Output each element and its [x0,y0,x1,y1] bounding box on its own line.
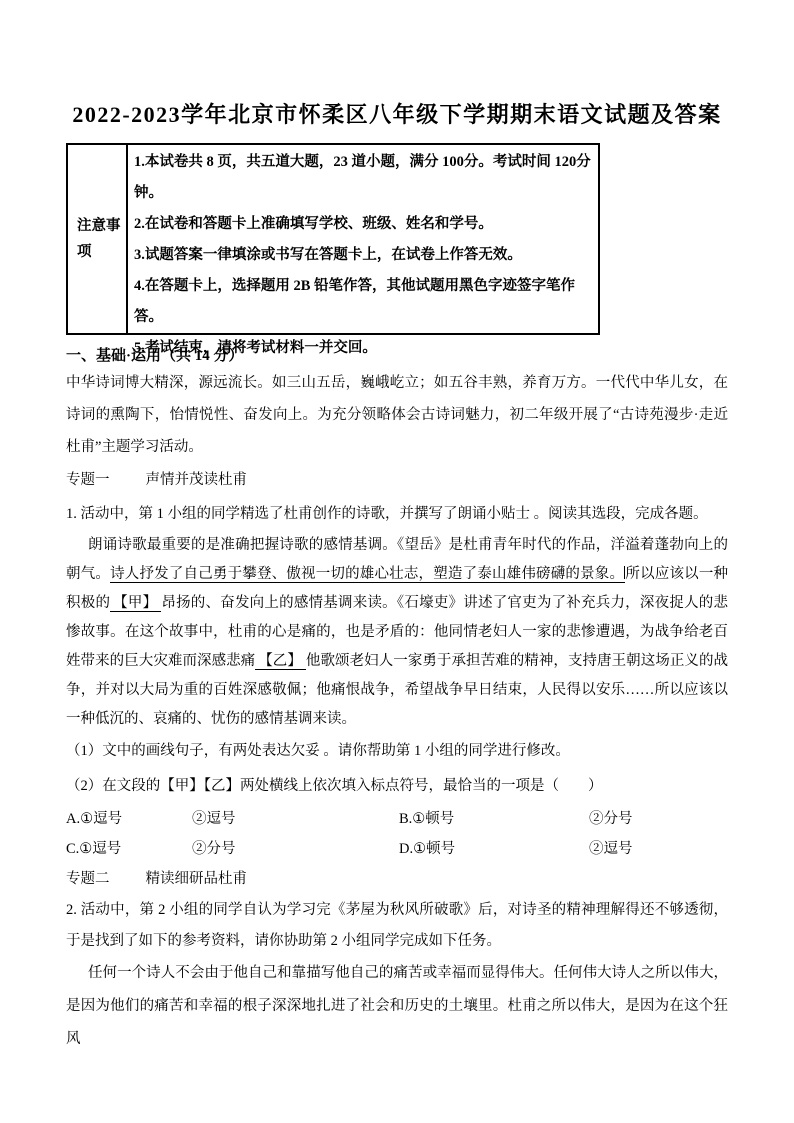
topic1-title: 声情并茂读杜甫 [146,472,248,488]
page-title: 2022-2023学年北京市怀柔区八年级下学期期末语文试题及答案 [66,100,728,130]
topic2-row: 专题二精读细研品杜甫 [66,864,728,895]
option-b-part1: B.①顿号 [399,804,589,834]
passage-underlined-sentence: 诗人抒发了自己勇于攀登、傲视一切的雄心壮志，塑造了泰山雄伟磅礴的景象。 [110,566,625,583]
exam-document-page: 2022-2023学年北京市怀柔区八年级下学期期末语文试题及答案 注意事项 1.… [0,0,794,1123]
topic2-label: 专题二 [66,871,110,887]
question2-stem: 2. 活动中，第 2 小组的同学自认为学习完《茅屋为秋风所破歌》后，对诗圣的精神… [66,895,728,957]
notice-items: 1.本试卷共 8 页，共五道大题，23 道小题，满分 100分。考试时间 120… [128,145,598,333]
blank-jia: 【甲】 [110,595,161,612]
topic1-row: 专题一声情并茂读杜甫 [66,463,728,497]
notice-label-column: 注意事项 [68,145,128,333]
notice-item-2: 2.在试卷和答题卡上准确填写学校、班级、姓名和学号。 [134,209,596,240]
option-a-part1: A.①逗号 [66,804,192,834]
notice-box: 注意事项 1.本试卷共 8 页，共五道大题，23 道小题，满分 100分。考试时… [66,143,600,335]
question1-sub2: （2）在文段的【甲】【乙】两处横线上依次填入标点符号，最恰当的一项是（ ） [66,769,728,804]
question1-stem: 1. 活动中，第 1 小组的同学精选了杜甫创作的诗歌，并撰写了朗诵小贴士 。阅读… [66,497,728,531]
topic1-label: 专题一 [66,472,110,488]
option-a-part2: ②逗号 [192,804,399,834]
reference-quote: 任何一个诗人不会由于他自己和靠描写他自己的痛苦或幸福而显得伟大。任何伟大诗人之所… [66,957,728,1056]
reading-passage: 朗诵诗歌最重要的是准确把握诗歌的感情基调。《望岳》是杜甫青年时代的作品，洋溢着蓬… [66,531,728,734]
blank-yi: 【乙】 [255,653,306,670]
topic2-title: 精读细研品杜甫 [146,871,248,887]
option-d-part1: D.①顿号 [399,834,589,864]
intro-paragraph: 中华诗词博大精深，源远流长。如三山五岳，巍峨屹立；如五谷丰熟，养育万方。一代代中… [66,367,728,463]
option-c-part1: C.①逗号 [66,834,192,864]
notice-item-3: 3.试题答案一律填涂或书写在答题卡上，在试卷上作答无效。 [134,240,596,271]
choice-options-grid: A.①逗号 ②逗号 B.①顿号 ②分号 C.①逗号 ②分号 D.①顿号 ②逗号 [66,804,728,864]
notice-item-1: 1.本试卷共 8 页，共五道大题，23 道小题，满分 100分。考试时间 120… [134,147,596,209]
option-b-part2: ②分号 [589,804,728,834]
option-c-part2: ②分号 [192,834,399,864]
notice-label: 注意事项 [77,213,123,265]
question1-sub1: （1）文中的画线句子，有两处表达欠妥 。请你帮助第 1 小组的同学进行修改。 [66,734,728,769]
notice-item-4: 4.在答题卡上，选择题用 2B 铅笔作答，其他试题用黑色字迹签字笔作答。 [134,271,596,333]
option-d-part2: ②逗号 [589,834,728,864]
